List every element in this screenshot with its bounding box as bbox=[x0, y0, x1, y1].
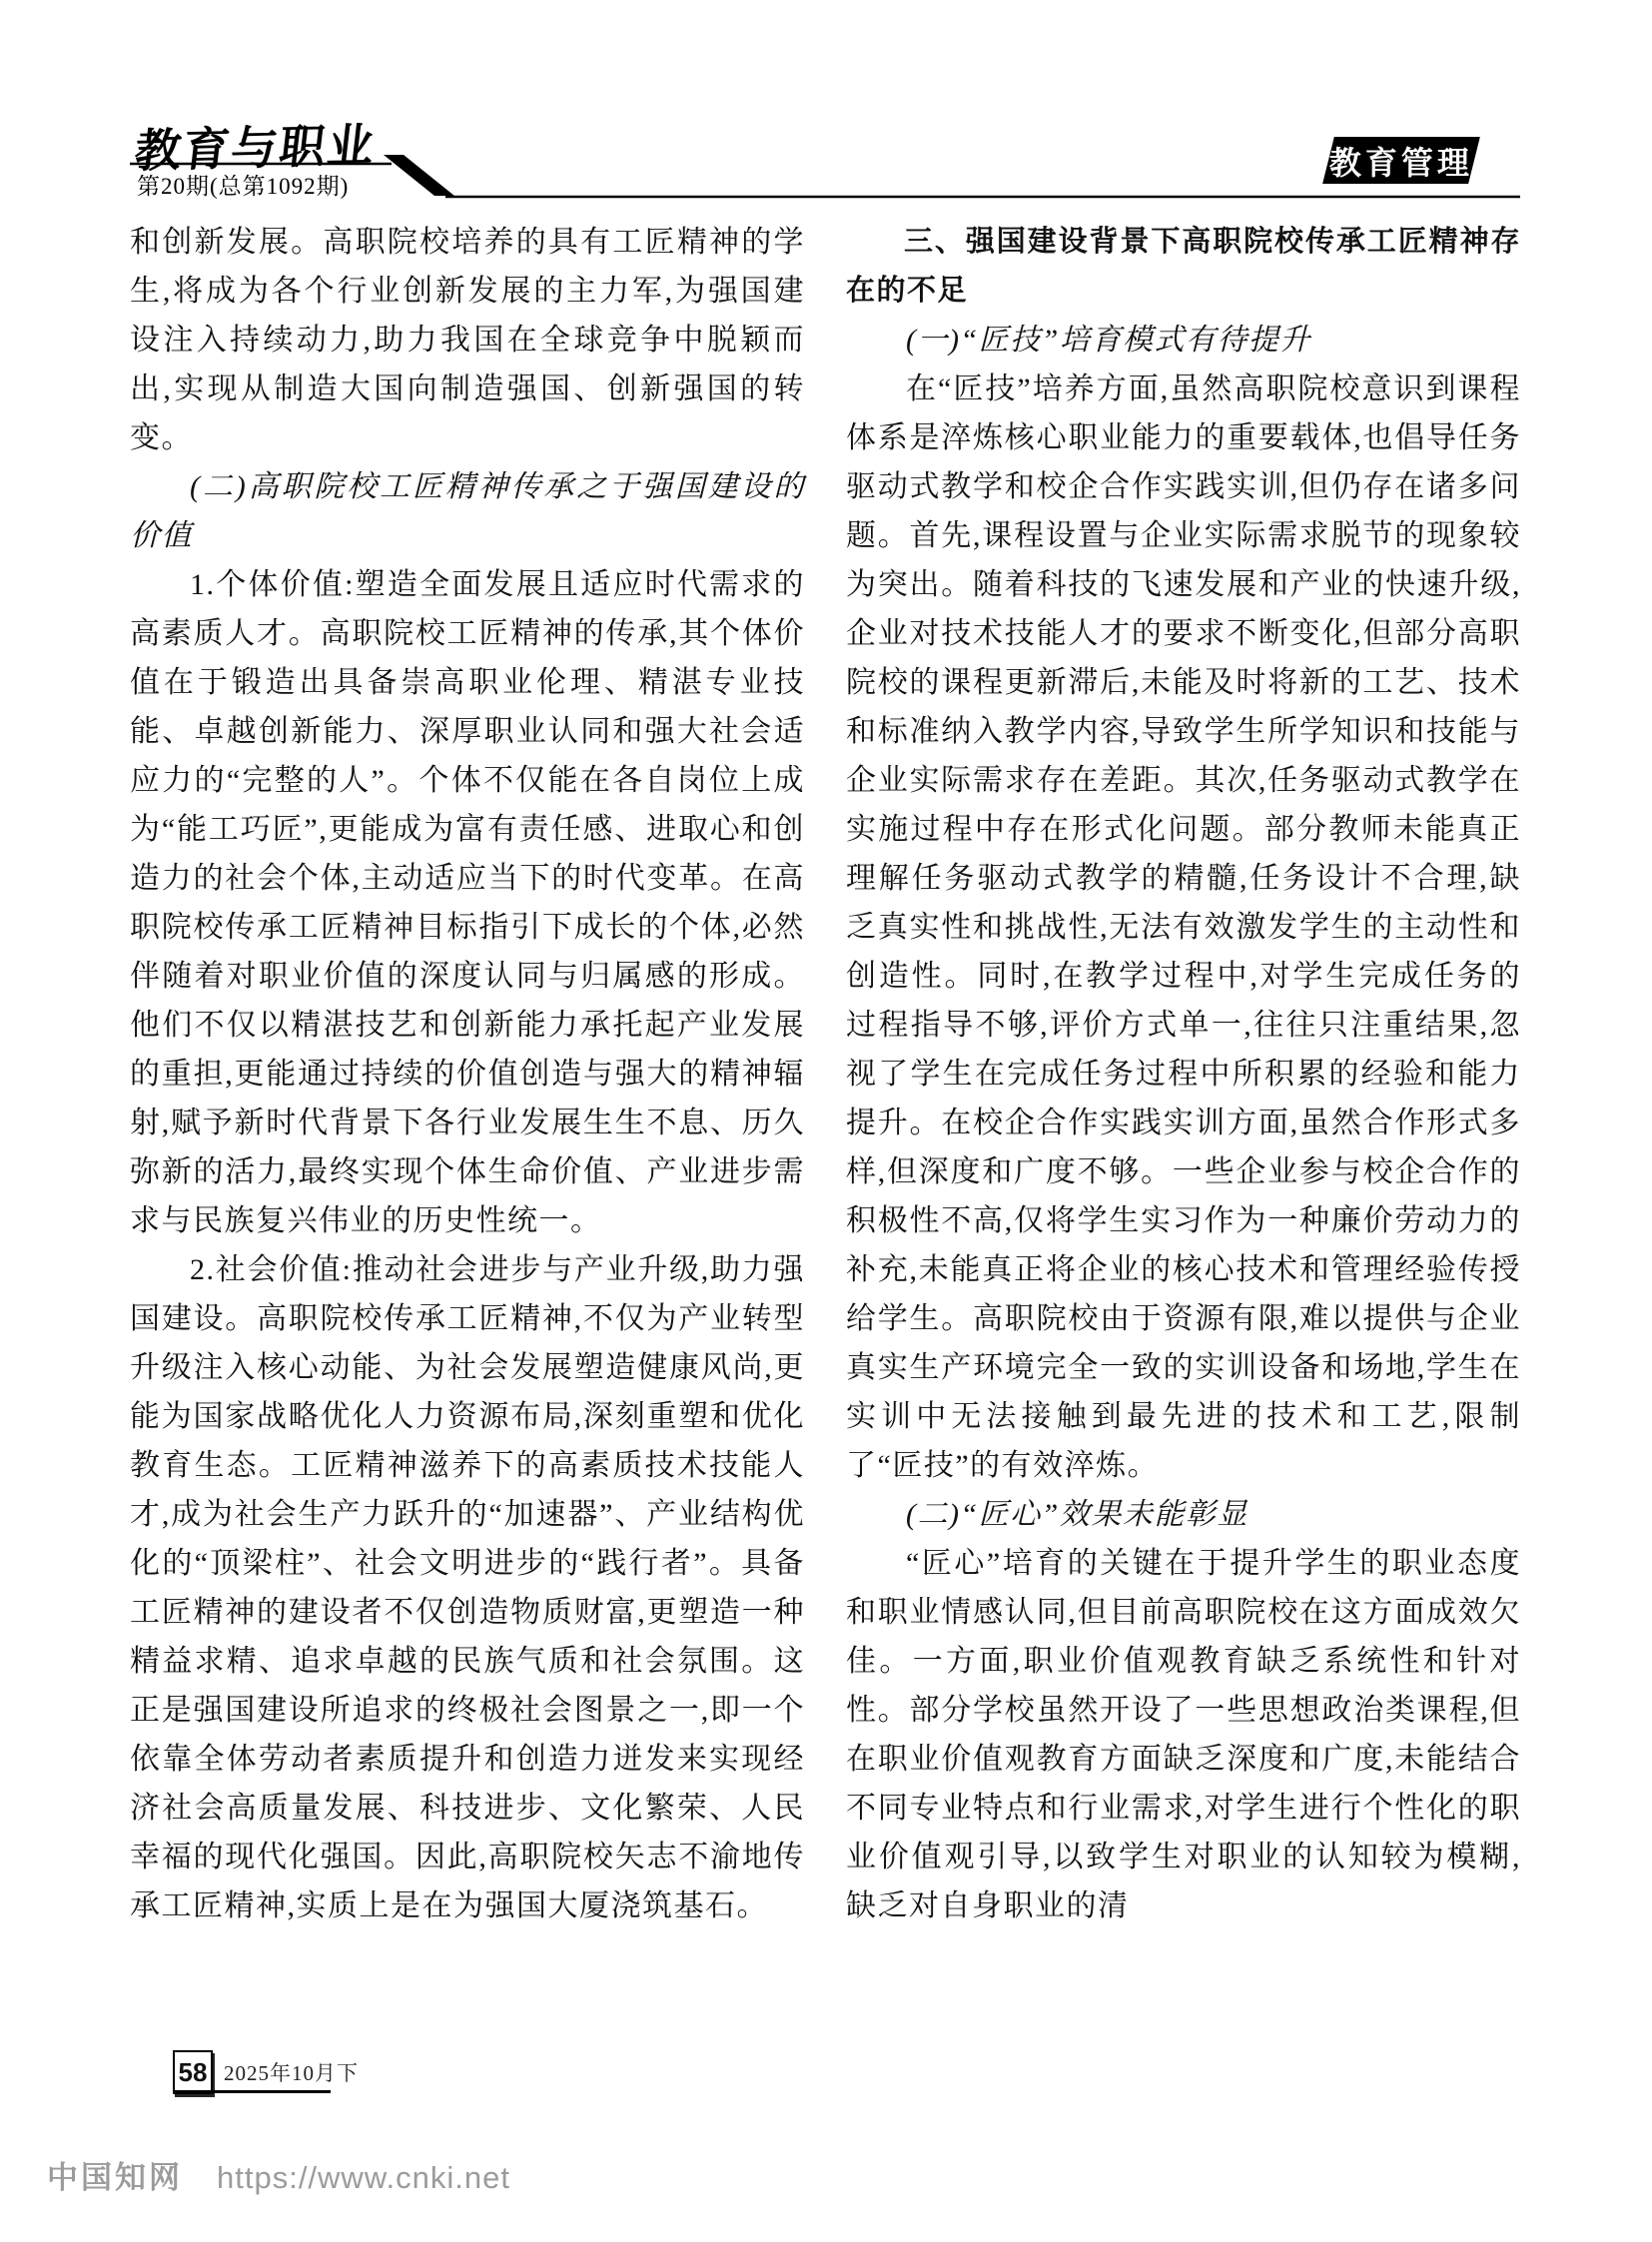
section-heading-3: 三、强国建设背景下高职院校传承工匠精神存在的不足 bbox=[846, 218, 1521, 316]
cnki-watermark: 中国知网 https://www.cnki.net bbox=[47, 2152, 510, 2197]
section-label: 教育管理 bbox=[1329, 138, 1473, 184]
paragraph-jiangxin: “匠心”培育的关键在于提升学生的职业态度和职业情感认同,但目前高职院校在这方面成… bbox=[846, 1539, 1521, 1930]
left-column: 和创新发展。高职院校培养的具有工匠精神的学生,将成为各个行业创新发展的主力军,为… bbox=[130, 218, 805, 1930]
paragraph-individual-value: 1.个体价值:塑造全面发展且适应时代需求的高素质人才。高职院校工匠精神的传承,其… bbox=[130, 560, 805, 1245]
paragraph-social-value: 2.社会价值:推动社会进步与产业升级,助力强国建设。高职院校传承工匠精神,不仅为… bbox=[130, 1245, 805, 1930]
section-tab: 教育管理 bbox=[1322, 137, 1480, 184]
journal-page: 教育与职业 第20期(总第1092期) 教育管理 和创新发展。高职院校培养的具有… bbox=[0, 0, 1652, 2242]
page-number-box: 58 bbox=[173, 2050, 213, 2094]
subheading-jiangji: (一)“匠技”培育模式有待提升 bbox=[846, 316, 1521, 365]
footer-rule bbox=[173, 2090, 331, 2093]
watermark-site-url: https://www.cnki.net bbox=[217, 2160, 510, 2196]
paragraph-continuation: 和创新发展。高职院校培养的具有工匠精神的学生,将成为各个行业创新发展的主力军,为… bbox=[130, 218, 805, 462]
right-column: 三、强国建设背景下高职院校传承工匠精神存在的不足 (一)“匠技”培育模式有待提升… bbox=[846, 218, 1521, 1930]
header-rule-lines bbox=[0, 0, 1652, 230]
subheading-jiangxin: (二)“匠心”效果未能彰显 bbox=[846, 1490, 1521, 1539]
paragraph-jiangji: 在“匠技”培养方面,虽然高职院校意识到课程体系是淬炼核心职业能力的重要载体,也倡… bbox=[846, 365, 1521, 1490]
issue-date: 2025年10月下 bbox=[224, 2057, 359, 2087]
subheading-2: (二)高职院校工匠精神传承之于强国建设的价值 bbox=[130, 462, 805, 560]
watermark-site-name: 中国知网 bbox=[47, 2152, 183, 2197]
